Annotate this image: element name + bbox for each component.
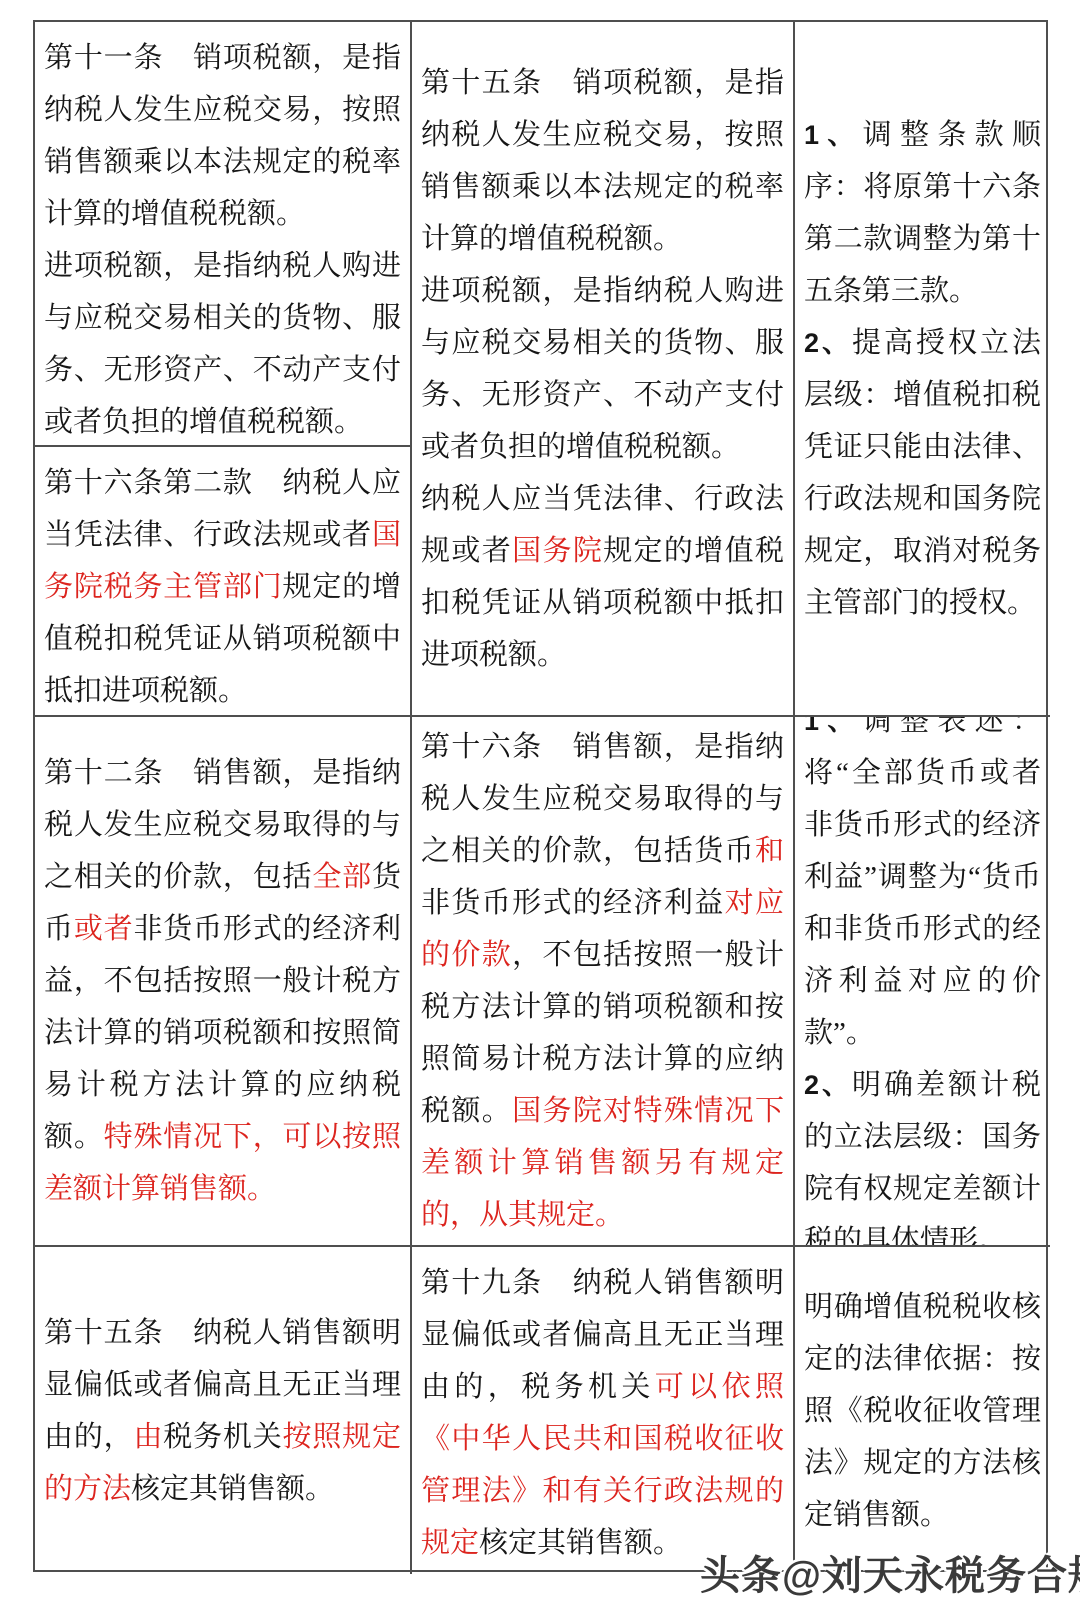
new-law-cell-article-19: 第十九条 纳税人销售额明显偏低或者偏高且无正当理由的，税务机关可以依照《中华人民… <box>412 1247 795 1574</box>
paragraph: 1、调整条款顺序：将原第十六条第二款调整为第十五条第三款。 <box>804 109 1041 317</box>
paragraph: 纳税人应当凭法律、行政法规或者国务院规定的增值税扣税凭证从销项税额中抵扣进项税额… <box>421 473 784 681</box>
old-law-cell-article-11: 第十一条 销项税额，是指纳税人发生应税交易，按照销售额乘以本法规定的税率计算的增… <box>35 22 412 447</box>
revised-text-run: 或者 <box>74 913 134 945</box>
text-run: 提高授权立法层级：增值税扣税凭证只能由法律、行政法规和国务院规定，取消对税务主管… <box>804 327 1041 619</box>
revision-note-cell-2: 1、调整表述：将“全部货币或者非货币形式的经济利益”调整为“货币和非货币形式的经… <box>795 717 1050 1247</box>
text-run: 明确增值税税收核定的法律依据：按照《税收征收管理法》规定的方法核定销售额。 <box>804 1291 1041 1531</box>
paragraph: 进项税额，是指纳税人购进与应税交易相关的货物、服务、无形资产、不动产支付或者负担… <box>421 265 784 473</box>
paragraph: 第十九条 纳税人销售额明显偏低或者偏高且无正当理由的，税务机关可以依照《中华人民… <box>421 1257 784 1569</box>
revision-note-cell-1: 1、调整条款顺序：将原第十六条第二款调整为第十五条第三款。2、提高授权立法层级：… <box>795 22 1050 717</box>
law-comparison-table: 第十一条 销项税额，是指纳税人发生应税交易，按照销售额乘以本法规定的税率计算的增… <box>33 20 1048 1572</box>
paragraph: 第十二条 销售额，是指纳税人发生应税交易取得的与之相关的价款，包括全部货币或者非… <box>44 747 401 1215</box>
revised-text-run: 由 <box>133 1421 163 1453</box>
new-law-cell-article-15: 第十五条 销项税额，是指纳税人发生应税交易，按照销售额乘以本法规定的税率计算的增… <box>412 22 795 717</box>
paragraph: 2、提高授权立法层级：增值税扣税凭证只能由法律、行政法规和国务院规定，取消对税务… <box>804 317 1041 629</box>
text-run: 进项税额，是指纳税人购进与应税交易相关的货物、服务、无形资产、不动产支付或者负担… <box>421 275 784 463</box>
paragraph: 2、明确差额计税的立法层级：国务院有权规定差额计税的具体情形。 <box>804 1059 1041 1247</box>
paragraph: 明确增值税税收核定的法律依据：按照《税收征收管理法》规定的方法核定销售额。 <box>804 1281 1041 1541</box>
revised-text-run: 和 <box>755 835 784 867</box>
text-run: 非货币形式的经济利益 <box>421 887 725 919</box>
old-law-cell-article-12: 第十二条 销售额，是指纳税人发生应税交易取得的与之相关的价款，包括全部货币或者非… <box>35 717 412 1247</box>
text-run: 第十五条 销项税额，是指纳税人发生应税交易，按照销售额乘以本法规定的税率计算的增… <box>421 67 784 255</box>
text-run: 核定其销售额。 <box>479 1527 682 1559</box>
text-run: 进项税额，是指纳税人购进与应税交易相关的货物、服务、无形资产、不动产支付或者负担… <box>44 250 401 438</box>
text-run: 1、 <box>804 717 863 736</box>
paragraph: 1、调整表述：将“全部货币或者非货币形式的经济利益”调整为“货币和非货币形式的经… <box>804 717 1041 1059</box>
text-run: 税务机关 <box>163 1421 282 1453</box>
paragraph: 第十五条 销项税额，是指纳税人发生应税交易，按照销售额乘以本法规定的税率计算的增… <box>421 57 784 265</box>
text-run: 核定其销售额。 <box>131 1473 334 1505</box>
text-run: 第十六条第二款 纳税人应当凭法律、行政法规或者 <box>44 467 401 551</box>
watermark: 头条@刘天永税务合规 <box>700 1544 1060 1601</box>
revised-text-run: 全部 <box>312 861 372 893</box>
text-run: 第十一条 销项税额，是指纳税人发生应税交易，按照销售额乘以本法规定的税率计算的增… <box>44 42 401 230</box>
text-run: 2、 <box>804 328 852 358</box>
text-run: 2、 <box>804 1070 852 1100</box>
paragraph: 第十一条 销项税额，是指纳税人发生应税交易，按照销售额乘以本法规定的税率计算的增… <box>44 32 401 240</box>
paragraph: 第十六条 销售额，是指纳税人发生应税交易取得的与之相关的价款，包括货币和非货币形… <box>421 721 784 1241</box>
paragraph: 第十六条第二款 纳税人应当凭法律、行政法规或者国务院税务主管部门规定的增值税扣税… <box>44 457 401 717</box>
new-law-cell-article-16: 第十六条 销售额，是指纳税人发生应税交易取得的与之相关的价款，包括货币和非货币形… <box>412 717 795 1247</box>
old-law-cell-article-15: 第十五条 纳税人销售额明显偏低或者偏高且无正当理由的，由税务机关按照规定的方法核… <box>35 1247 412 1574</box>
text-run: 第十六条 销售额，是指纳税人发生应税交易取得的与之相关的价款，包括货币 <box>421 731 784 867</box>
text-run: 1、 <box>804 120 863 150</box>
text-run: 非货币形式的经济利益，不包括按照一般计税方法计算的销项税额和按照简易计税方法计算… <box>44 913 401 1153</box>
old-law-cell-article-16-clause-2: 第十六条第二款 纳税人应当凭法律、行政法规或者国务院税务主管部门规定的增值税扣税… <box>35 447 412 717</box>
paragraph: 第十五条 纳税人销售额明显偏低或者偏高且无正当理由的，由税务机关按照规定的方法核… <box>44 1307 401 1515</box>
revision-note-cell-3: 明确增值税税收核定的法律依据：按照《税收征收管理法》规定的方法核定销售额。 <box>795 1247 1050 1574</box>
paragraph: 进项税额，是指纳税人购进与应税交易相关的货物、服务、无形资产、不动产支付或者负担… <box>44 240 401 447</box>
text-run: 调整表述：将“全部货币或者非货币形式的经济利益”调整为“货币和非货币形式的经济利… <box>804 717 1041 1049</box>
revised-text-run: 国务院 <box>512 535 603 567</box>
